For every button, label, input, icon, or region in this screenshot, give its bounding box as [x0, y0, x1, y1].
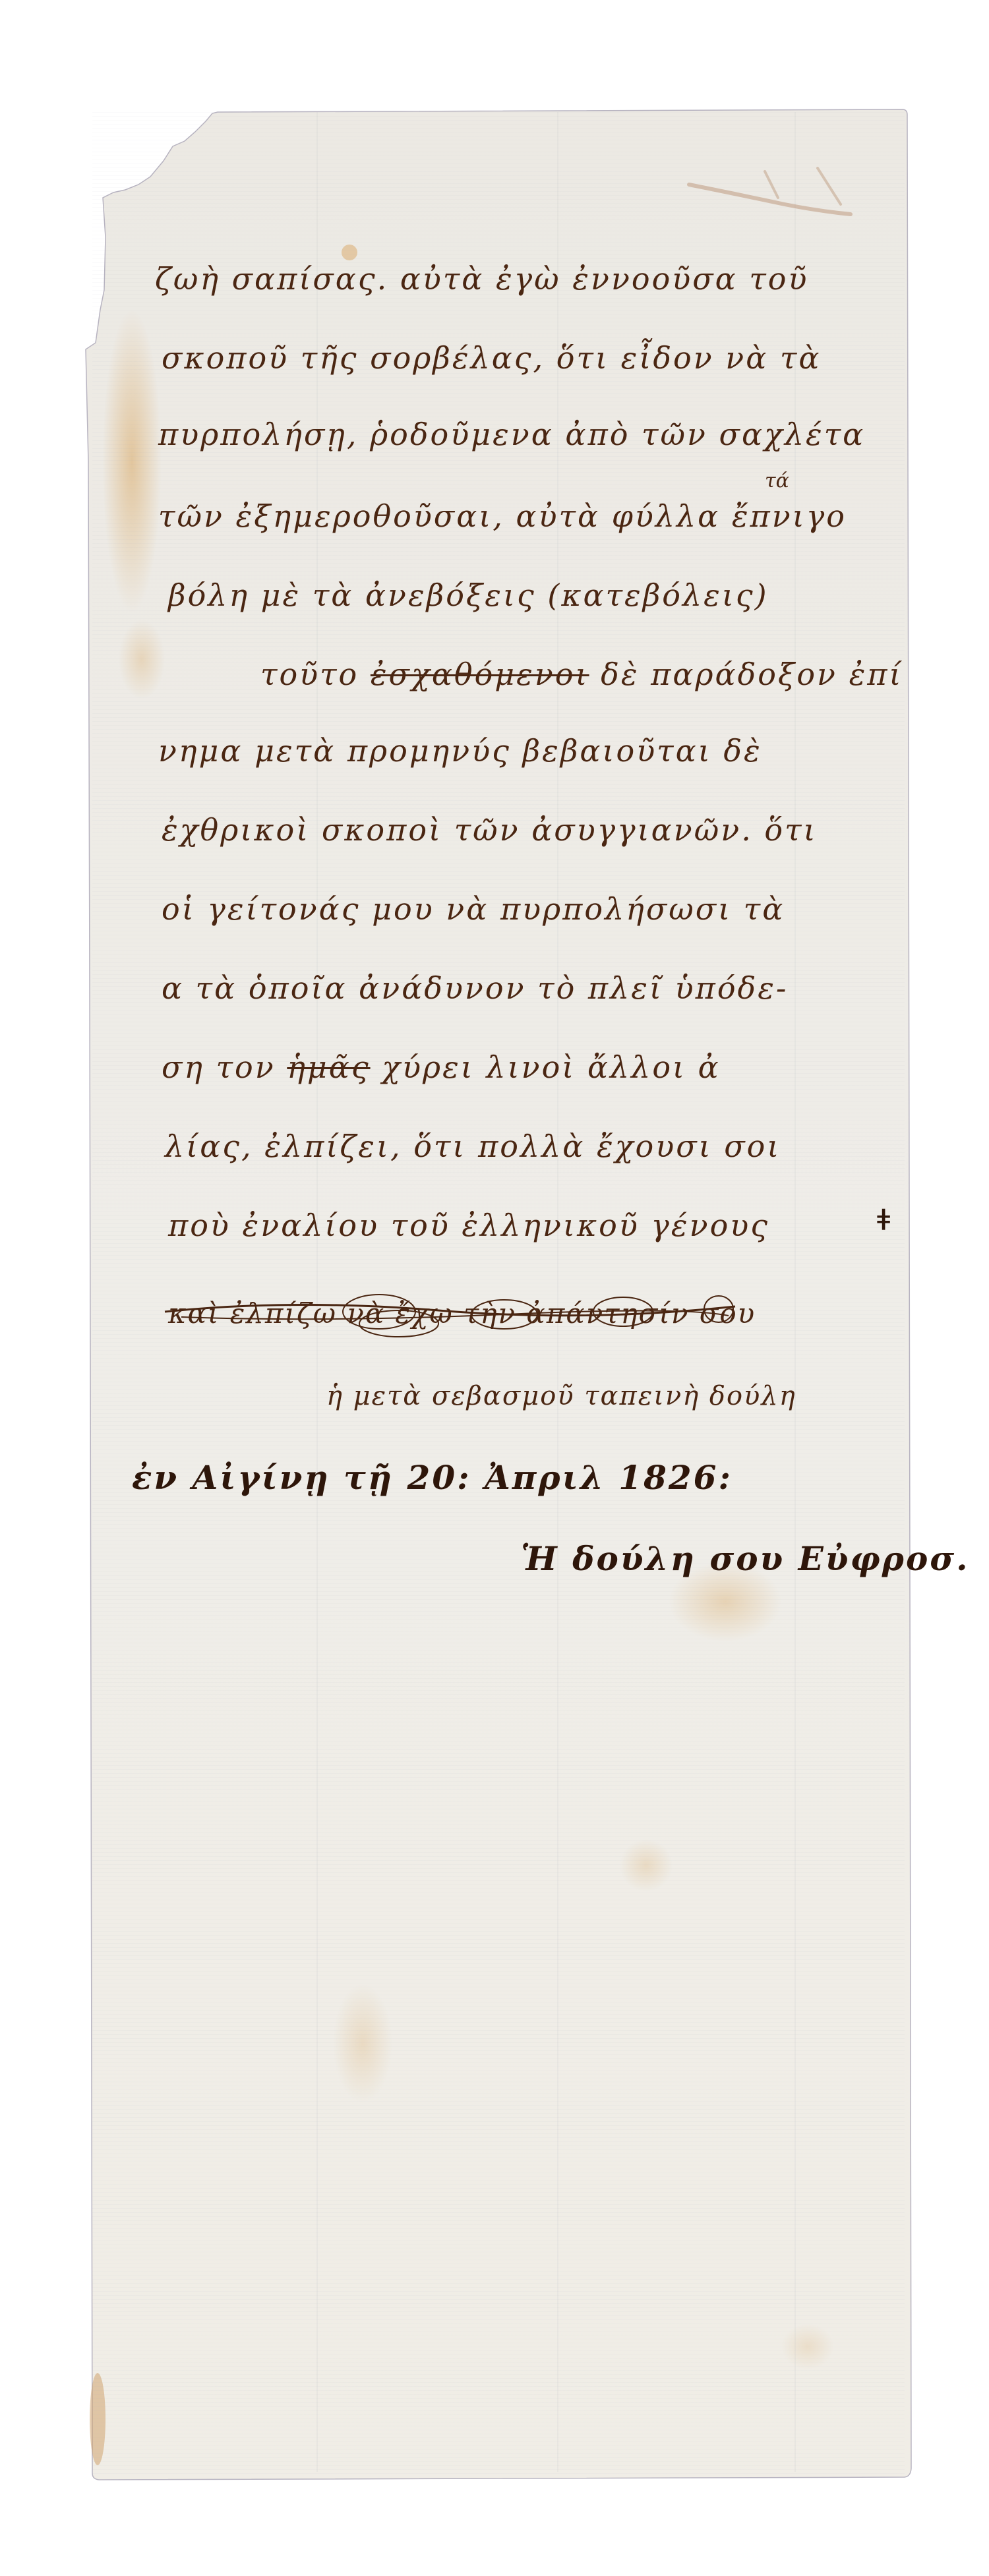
text-line: οἱ γείτονάς μου νὰ πυρπολήσωσι τὰ [162, 894, 785, 924]
date-line: ἐν Αἰγίνῃ τῇ 20: Ἀπριλ 1826: [132, 1458, 733, 1497]
text-line: πυρπολήσῃ, ῥοδοῦμενα ἀπὸ τῶν σαχλέτα [158, 419, 865, 450]
closing-phrase: ἡ μετὰ σεβασμοῦ ταπεινὴ δούλη [326, 1381, 796, 1411]
paper-chain-line [794, 112, 796, 2472]
struck-word: ἐσχαθόμενοι [371, 657, 589, 692]
text-fragment: χύρει λινοὶ ἄλλοι ἀ [371, 1049, 721, 1085]
text-fragment: δὲ παράδοξον ἐπί [589, 657, 903, 692]
text-line: ση τον ἡμᾶς χύρει λινοὶ ἄλλοι ἀ [162, 1052, 721, 1082]
crossed-out-line: καὶ ἐλπίζω νὰ ἔχω τὴν ἀπάντησίν σου [168, 1297, 756, 1330]
text-line: βόλη μὲ τὰ ἀνεβόξεις (κατεβόλεις) [168, 580, 769, 610]
text-line: α τὰ ὁποῖα ἀνάδυνον τὸ πλεῖ ὑπόδε- [162, 973, 788, 1003]
struck-word: ἡμᾶς [287, 1049, 370, 1085]
text-line: ζωὴ σαπίσας. αὐτὰ ἐγὼ ἐννοοῦσα τοῦ [155, 264, 808, 294]
text-line: ποὺ ἐναλίου τοῦ ἐλληνικοῦ γένους [168, 1210, 769, 1241]
text-line: τοῦτο ἐσχαθόμενοι δὲ παράδοξον ἐπί [260, 659, 903, 689]
manuscript-sheet: ζωὴ σαπίσας. αὐτὰ ἐγὼ ἐννοοῦσα τοῦ σκοπο… [0, 0, 989, 2576]
text-fragment: τοῦτο [260, 657, 371, 692]
signature: Ἡ δούλη σου Εὐφροσ. [521, 1539, 970, 1578]
margin-mark-icon: ǂ [877, 1204, 890, 1237]
text-line: λίας, ἐλπίζει, ὅτι πολλὰ ἔχουσι σοι [165, 1131, 781, 1161]
text-line: ἐχθρικοὶ σκοποὶ τῶν ἀσυγγιανῶν. ὅτι [162, 815, 818, 845]
scribble-strikethrough-icon [162, 1285, 742, 1345]
text-line: τῶν ἐξημεροθοῦσαι, αὐτὰ φύλλα ἔπνιγο [158, 501, 847, 531]
text-fragment: ση τον [162, 1049, 287, 1085]
insertion-above-line: τά [765, 469, 789, 492]
faint-mark-icon [686, 165, 870, 224]
text-line: σκοποῦ τῆς σορβέλας, ὅτι εἶδον νὰ τὰ [162, 343, 821, 373]
text-line: νημα μετὰ προμηνύς βεβαιοῦται δὲ [158, 736, 762, 766]
